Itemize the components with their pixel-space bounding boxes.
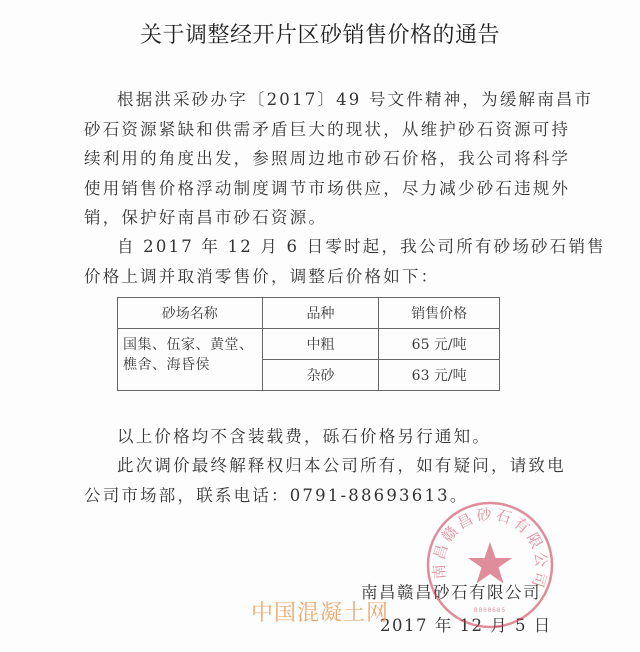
table-header-row: 砂场名称 品种 销售价格 [118, 298, 500, 329]
site-names-cell: 国集、伍家、黄堂、樵舍、海昏侯 [118, 329, 263, 391]
document-page: 关于调整经开片区砂销售价格的通告 根据洪采砂办字〔2017〕49 号文件精神，为… [0, 0, 640, 652]
paragraph-basis: 根据洪采砂办字〔2017〕49 号文件精神，为缓解南昌市 砂石资源紧缺和供需矛盾… [84, 85, 540, 233]
price-cell: 65 元/吨 [379, 329, 500, 360]
signature-date: 2017 年 12 月 5 日 [380, 612, 552, 636]
company-seal-icon: 南昌赣昌砂石有限公司 0000685 [425, 500, 555, 630]
document-title: 关于调整经开片区砂销售价格的通告 [0, 18, 640, 49]
variety-cell: 中粗 [262, 329, 379, 360]
paragraph-note: 以上价格均不含装载费，砾石价格另行通知。 [84, 422, 540, 452]
text-line: 自 2017 年 12 月 6 日零时起，我公司所有砂场砂石销售 [84, 232, 540, 262]
text-line: 续利用的角度出发，参照周边地市砂石价格，我公司将科学 [84, 144, 540, 174]
text-line: 价格上调并取消零售价，调整后价格如下： [84, 262, 540, 292]
text-line: 以上价格均不含装载费，砾石价格另行通知。 [84, 422, 540, 452]
variety-cell: 杂砂 [262, 360, 379, 391]
text-line: 根据洪采砂办字〔2017〕49 号文件精神，为缓解南昌市 [84, 85, 540, 115]
text-line: 销，保护好南昌市砂石资源。 [84, 203, 540, 233]
text-line: 砂石资源紧缺和供需矛盾巨大的现状，从维护砂石资源可持 [84, 115, 540, 145]
text-line: 使用销售价格浮动制度调节市场供应，尽力减少砂石违规外 [84, 174, 540, 204]
price-cell: 63 元/吨 [379, 360, 500, 391]
price-table: 砂场名称 品种 销售价格 国集、伍家、黄堂、樵舍、海昏侯 中粗 65 元/吨 杂… [117, 297, 500, 391]
header-variety: 品种 [262, 298, 379, 329]
site-watermark: 中国混凝土网 [251, 596, 389, 627]
paragraph-effective-date: 自 2017 年 12 月 6 日零时起，我公司所有砂场砂石销售 价格上调并取消… [84, 232, 540, 291]
text-line: 公司市场部，联系电话：0791-88693613。 [84, 481, 540, 511]
paragraph-contact: 此次调价最终解释权归本公司所有，如有疑问，请致电 公司市场部，联系电话：0791… [84, 451, 540, 510]
text-line: 此次调价最终解释权归本公司所有，如有疑问，请致电 [84, 451, 540, 481]
header-price: 销售价格 [379, 298, 500, 329]
header-site-name: 砂场名称 [118, 298, 263, 329]
table-row: 国集、伍家、黄堂、樵舍、海昏侯 中粗 65 元/吨 [118, 329, 500, 360]
